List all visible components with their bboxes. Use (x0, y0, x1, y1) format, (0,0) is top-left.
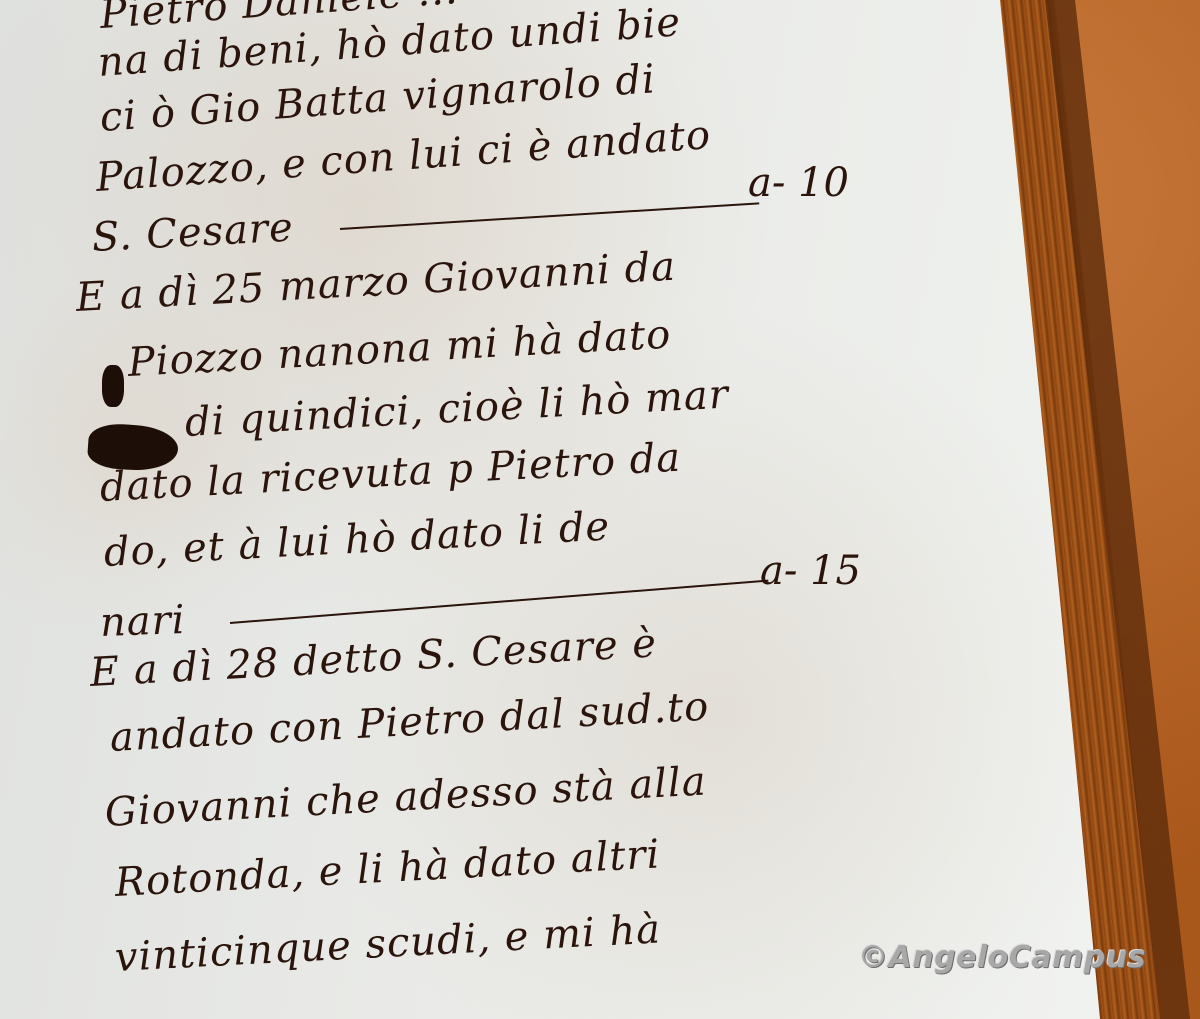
manuscript-line: nari (99, 597, 186, 646)
ink-blot-small (102, 365, 124, 407)
ledger-amount: a- 15 (760, 548, 861, 594)
copyright-watermark: ©AngeloCampus (858, 940, 1146, 975)
ledger-amount: a- 10 (748, 160, 849, 206)
manuscript-photo: Pietro Daniele ... na di beni, hò dato u… (0, 0, 1200, 1019)
